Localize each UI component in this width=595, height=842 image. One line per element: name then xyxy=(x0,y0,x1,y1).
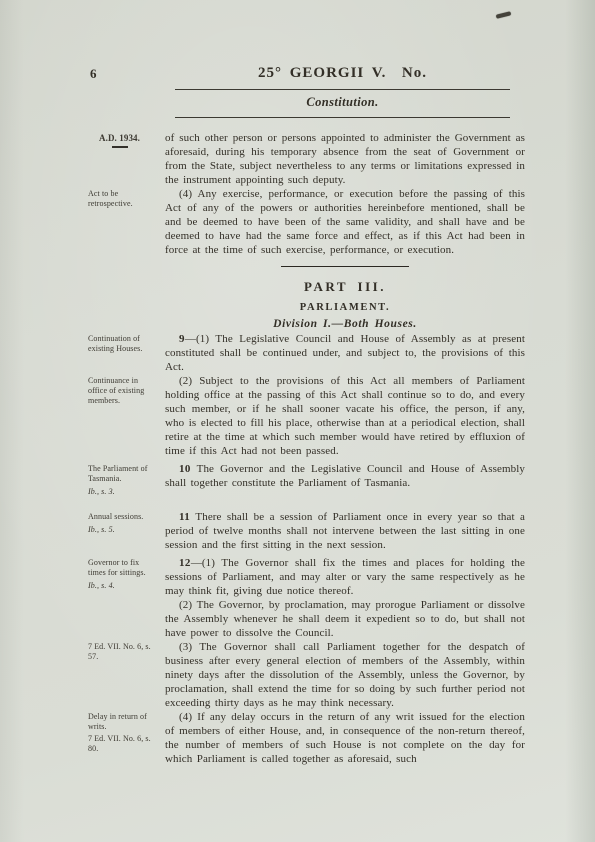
header-rule-bottom xyxy=(175,117,510,118)
block-section-12-4: Delay in return of writs. 7 Ed. VII. No.… xyxy=(88,710,525,766)
margin-note-continuation-houses: Continuation of existing Houses. xyxy=(88,332,165,374)
margin-note-ad-1934-text: A.D. 1934. xyxy=(88,133,151,143)
margin-note-governor-sittings-text: Governor to fix times for sittings. xyxy=(88,558,157,578)
margin-note-delay-writs-text: Delay in return of writs. xyxy=(88,712,157,732)
margin-spacer xyxy=(88,257,165,332)
ink-mark xyxy=(496,11,512,19)
section-9-1-text: —(1) The Legislative Council and House o… xyxy=(165,333,525,373)
section-divider-rule xyxy=(281,266,409,267)
block-headings: PART III. PARLIAMENT. Division I.—Both H… xyxy=(88,257,525,332)
section-12-1-text: —(1) The Governor shall fix the times an… xyxy=(165,557,525,597)
running-title: Constitution. xyxy=(175,95,510,110)
paragraph-section-12-2: (2) The Governor, by proclamation, may p… xyxy=(165,598,525,640)
section-10-number: 10 xyxy=(179,463,191,475)
margin-note-annual-sessions: Annual sessions. Ib., s. 5. xyxy=(88,510,165,552)
block-section-12-3: 7 Ed. VII. No. 6, s. 57. (3) The Governo… xyxy=(88,640,525,710)
margin-ref-ib-s4: Ib., s. 4. xyxy=(88,581,157,591)
block-deputy: A.D. 1934. of such other person or perso… xyxy=(88,131,525,187)
ad-1934-dash xyxy=(112,146,128,148)
block-section-9-1: Continuation of existing Houses. 9—(1) T… xyxy=(88,332,525,374)
margin-note-ad-1934: A.D. 1934. xyxy=(88,131,165,187)
block-section-12-2: (2) The Governor, by proclamation, may p… xyxy=(88,598,525,640)
block-section-9-2: Continuance in office of existing member… xyxy=(88,374,525,458)
margin-note-continuance-members: Continuance in office of existing member… xyxy=(88,374,165,458)
margin-spacer xyxy=(88,598,165,640)
section-12-number: 12 xyxy=(179,557,191,569)
paragraph-section-9-1: 9—(1) The Legislative Council and House … xyxy=(165,332,525,374)
act-title: 25° GEORGII V. No. xyxy=(175,58,510,82)
section-11-text: There shall be a session of Parliament o… xyxy=(165,511,525,551)
margin-note-annual-sessions-text: Annual sessions. xyxy=(88,512,157,522)
block-retrospective: Act to be retrospective. (4) Any exercis… xyxy=(88,187,525,257)
scanned-page: 6 25° GEORGII V. No. Constitution. A.D. … xyxy=(0,0,595,842)
margin-ref-ib-s3: Ib., s. 3. xyxy=(88,487,157,497)
margin-note-retrospective: Act to be retrospective. xyxy=(88,187,165,257)
block-section-10: The Parliament of Tasmania. Ib., s. 3. 1… xyxy=(88,462,525,497)
paragraph-deputy: of such other person or persons appointe… xyxy=(165,131,525,187)
margin-note-governor-sittings: Governor to fix times for sittings. Ib.,… xyxy=(88,556,165,598)
page-header: 6 25° GEORGII V. No. Constitution. xyxy=(88,58,525,118)
paragraph-retrospective: (4) Any exercise, performance, or execut… xyxy=(165,187,525,257)
heading-parliament: PARLIAMENT. xyxy=(165,302,525,313)
heading-part: PART III. xyxy=(165,279,525,295)
block-section-12-1: Governor to fix times for sittings. Ib.,… xyxy=(88,556,525,598)
page-number: 6 xyxy=(90,66,98,82)
headings-group: PART III. PARLIAMENT. Division I.—Both H… xyxy=(165,257,525,332)
paragraph-section-12-3: (3) The Governor shall call Parliament t… xyxy=(165,640,525,710)
margin-note-7ed-vii-s57: 7 Ed. VII. No. 6, s. 57. xyxy=(88,640,165,710)
header-center: 25° GEORGII V. No. Constitution. xyxy=(175,58,510,118)
paragraph-section-10: 10 The Governor and the Legislative Coun… xyxy=(165,462,525,497)
paragraph-section-11: 11 There shall be a session of Parliamen… xyxy=(165,510,525,552)
margin-note-delay-writs: Delay in return of writs. 7 Ed. VII. No.… xyxy=(88,710,165,766)
document-body: A.D. 1934. of such other person or perso… xyxy=(88,131,525,766)
section-10-text: The Governor and the Legislative Council… xyxy=(165,463,525,489)
margin-ref-ib-s5: Ib., s. 5. xyxy=(88,525,157,535)
header-rule-top xyxy=(175,89,510,90)
margin-note-parliament-tasmania-text: The Parliament of Tasmania. xyxy=(88,464,157,484)
block-section-11: Annual sessions. Ib., s. 5. 11 There sha… xyxy=(88,510,525,552)
margin-note-parliament-tasmania: The Parliament of Tasmania. Ib., s. 3. xyxy=(88,462,165,497)
page-content: 6 25° GEORGII V. No. Constitution. A.D. … xyxy=(88,58,525,766)
margin-ref-7ed-vii-s80: 7 Ed. VII. No. 6, s. 80. xyxy=(88,734,157,754)
paragraph-section-12-1: 12—(1) The Governor shall fix the times … xyxy=(165,556,525,598)
section-11-number: 11 xyxy=(179,511,190,523)
paragraph-section-9-2: (2) Subject to the provisions of this Ac… xyxy=(165,374,525,458)
heading-division: Division I.—Both Houses. xyxy=(165,318,525,330)
paragraph-section-12-4: (4) If any delay occurs in the return of… xyxy=(165,710,525,766)
